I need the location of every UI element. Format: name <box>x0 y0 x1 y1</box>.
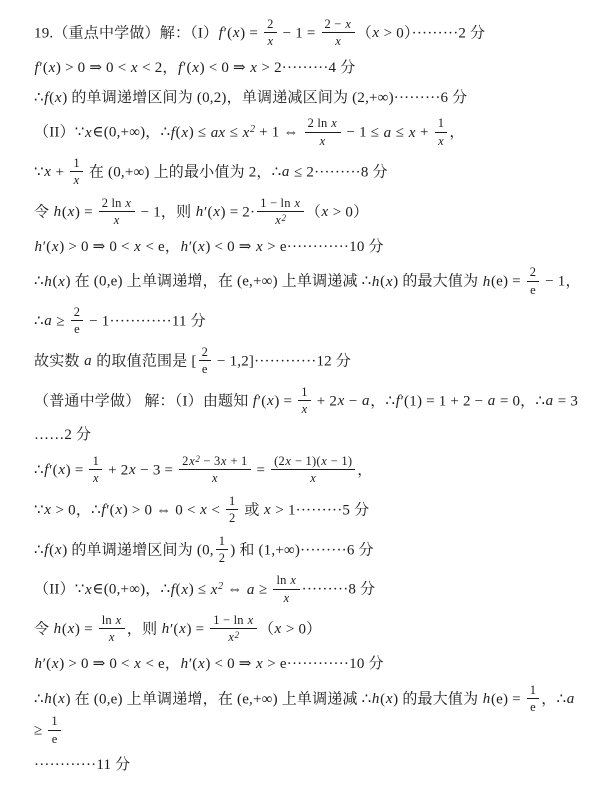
text-run: ( <box>52 691 57 707</box>
text-run: (e) = <box>491 274 525 290</box>
math-variable: h <box>371 691 380 707</box>
document-line: ∴f(x) 的单调递增区间为 (0,2)，单调递减区间为 (2,+∞)·····… <box>34 88 583 110</box>
math-variable: a <box>566 691 575 707</box>
fraction: 1 − ln xx2 <box>210 613 257 645</box>
fraction-denominator: x <box>264 33 277 48</box>
fraction-numerator: 2 ln x <box>99 196 135 212</box>
fraction-denominator: x <box>273 590 299 605</box>
text-run: ≤ <box>392 125 408 141</box>
math-variable: x <box>67 204 75 220</box>
text-run: ) = <box>274 393 296 409</box>
text-run: ) 的最大值为 <box>393 274 482 290</box>
fraction: ln xx <box>273 573 299 605</box>
fraction-denominator: x <box>99 629 125 644</box>
text-run: + 2 <box>104 462 128 478</box>
document-line: ∴h(x) 在 (0,e) 上单调递增，在 (e,+∞) 上单调递减 ∴h(x)… <box>34 266 583 298</box>
text-run: < 2， <box>138 60 177 76</box>
text-run: 1 <box>93 454 99 468</box>
fraction-denominator: x <box>322 33 355 48</box>
text-run: ∴ <box>34 90 44 106</box>
text-run: ) > 0 ⇒ 0 < <box>59 656 133 672</box>
text-run: ∴ <box>34 313 44 329</box>
text-run: ……2 分 <box>34 427 91 443</box>
text-run: < <box>207 502 224 518</box>
text-run: ≥ <box>34 723 46 739</box>
math-variable: x <box>58 274 66 290</box>
text-run: 19.（重点中学做）解：（I） <box>34 25 218 41</box>
math-variable: x <box>54 90 62 106</box>
text-run: > e············10 分 <box>263 656 383 672</box>
text-run: ∵ <box>34 502 44 518</box>
text-run: ( <box>52 274 57 290</box>
text-run: e <box>74 322 80 336</box>
fraction-denominator: x <box>89 470 102 485</box>
text-run: ) > 0 ⇔ 0 < <box>123 502 200 518</box>
text-run: (e) = <box>491 691 525 707</box>
text-run: （ <box>306 204 321 220</box>
fraction: 2 ln xx <box>99 196 135 228</box>
text-run: 1 − ln <box>213 613 247 627</box>
fraction-numerator: 2 − x <box>322 17 355 33</box>
text-run: ≤ <box>226 125 242 141</box>
superscript: 2 <box>195 454 200 464</box>
text-run: e <box>202 362 208 376</box>
fraction-denominator: 2 <box>216 550 228 565</box>
text-run: ) 的单调递增区间为 (0, <box>62 542 214 558</box>
math-variable: x <box>213 204 221 220</box>
superscript: 2 <box>282 213 287 223</box>
text-run: ∵ <box>34 164 44 180</box>
text-run: ) 和 (1,+∞)·········6 分 <box>230 542 374 558</box>
text-run: ′( <box>204 204 213 220</box>
text-run: 2 <box>530 265 536 279</box>
document-line: （II）∵x∈(0,+∞)，∴f(x) ≤ ax ≤ x2 + 1 ⇔ 2 ln… <box>34 117 583 149</box>
math-variable: a <box>246 582 255 598</box>
text-run: 2 ln <box>308 116 331 130</box>
text-run: < e， <box>142 656 181 672</box>
text-run: ) = <box>66 462 88 478</box>
math-variable: h <box>53 621 62 637</box>
fraction: (2x − 1)(x − 1)x <box>271 454 355 486</box>
fraction-numerator: 2 <box>264 17 277 33</box>
text-run: ， <box>357 462 372 478</box>
fraction: 12 <box>226 494 238 526</box>
text-run: ) > 0 ⇒ 0 < <box>56 60 130 76</box>
math-variable: x <box>44 164 52 180</box>
math-variable: x <box>134 656 142 672</box>
math-variable: x <box>337 393 345 409</box>
fraction-numerator: 1 <box>298 385 311 401</box>
text-run: 1 <box>301 385 307 399</box>
text-run: ′( <box>189 656 198 672</box>
math-variable: a <box>487 393 496 409</box>
math-variable: x <box>274 621 282 637</box>
math-variable: x <box>58 462 66 478</box>
math-variable: x <box>331 116 338 130</box>
math-variable: h <box>482 691 491 707</box>
text-run: < e， <box>142 239 181 255</box>
math-variable: x <box>181 582 189 598</box>
math-variable: ax <box>210 125 226 141</box>
fraction-denominator: x <box>99 212 135 227</box>
math-variable: x <box>92 471 99 485</box>
document-line: h′(x) > 0 ⇒ 0 < x < e，h′(x) < 0 ⇒ x > e·… <box>34 654 583 676</box>
math-variable: x <box>247 613 254 627</box>
math-variable: x <box>285 454 292 468</box>
fraction-denominator: x2 <box>257 212 304 227</box>
text-run: − 1,2]············12 分 <box>213 353 351 369</box>
document-line: 故实数 a 的取值范围是 [2e − 1,2]············12 分 <box>34 346 583 378</box>
fraction-denominator: e <box>48 731 60 746</box>
text-run: ) 在 (0,e) 上单调递增，在 (e,+∞) 上单调递减 ∴ <box>66 274 372 290</box>
text-run: − 1············11 分 <box>85 313 206 329</box>
document-line: ∴f(x) 的单调递增区间为 (0,12) 和 (1,+∞)·········6… <box>34 535 583 567</box>
math-variable: x <box>130 60 138 76</box>
text-run: ′( <box>170 621 179 637</box>
text-run: − 3 = <box>136 462 177 478</box>
document-line: ∵x > 0，∴f′(x) > 0 ⇔ 0 < x < 12 或 x > 1··… <box>34 495 583 527</box>
text-run: ln <box>276 573 289 587</box>
math-variable: x <box>408 125 416 141</box>
math-variable: x <box>283 591 290 605</box>
text-run: ) 在 (0,e) 上单调递增，在 (e,+∞) 上单调递减 ∴ <box>66 691 372 707</box>
document-line: ············11 分 <box>34 755 583 777</box>
math-variable: x <box>48 60 56 76</box>
math-variable: a <box>383 125 392 141</box>
fraction-denominator: e <box>527 282 539 297</box>
text-run: 2 <box>219 551 225 565</box>
math-variable: x <box>290 573 297 587</box>
fraction-numerator: 2 ln x <box>305 116 341 132</box>
fraction-denominator: x <box>305 133 341 148</box>
fraction-denominator: x <box>298 401 311 416</box>
text-run: （ <box>357 25 372 41</box>
text-run: ∈(0,+∞)，∴ <box>92 582 170 598</box>
text-run: 令 <box>34 204 53 220</box>
math-variable: x <box>228 630 235 644</box>
text-run: ′( <box>39 60 48 76</box>
text-run: ′( <box>106 502 115 518</box>
math-variable: x <box>301 402 308 416</box>
math-variable: x <box>242 125 250 141</box>
text-run: ∴ <box>34 274 44 290</box>
fraction: 1e <box>48 714 60 746</box>
text-run: ∴ <box>34 691 44 707</box>
fraction: 1x <box>70 156 83 188</box>
math-variable: h <box>180 239 189 255</box>
math-variable: h <box>482 274 491 290</box>
math-variable: x <box>321 204 329 220</box>
text-run: + <box>52 164 69 180</box>
math-variable: h <box>161 621 170 637</box>
text-run: （ <box>259 621 274 637</box>
math-variable: x <box>181 125 189 141</box>
text-run: ≤ 2·········8 分 <box>290 164 388 180</box>
text-run: ) > 0 ⇒ 0 < <box>59 239 133 255</box>
math-variable: h <box>53 204 62 220</box>
math-variable: x <box>113 213 120 227</box>
text-run: 令 <box>34 621 53 637</box>
text-run: ，则 <box>127 621 161 637</box>
text-run: ′( <box>49 462 58 478</box>
fraction: 2 ln xx <box>305 116 341 148</box>
document-line: ∴h(x) 在 (0,e) 上单调递增，在 (e,+∞) 上单调递减 ∴h(x)… <box>34 684 583 748</box>
text-run: − 1 ≤ <box>343 125 384 141</box>
math-variable: x <box>385 691 393 707</box>
text-run: ，∴ <box>541 691 566 707</box>
math-variable: x <box>44 502 52 518</box>
text-run: 故实数 <box>34 353 84 369</box>
math-variable: x <box>134 239 142 255</box>
text-run: + <box>416 125 433 141</box>
text-run: 1 − ln <box>260 196 294 210</box>
text-run: 2 <box>74 305 80 319</box>
math-variable: x <box>232 25 240 41</box>
text-run: − 3 <box>200 454 220 468</box>
text-run: ) ≤ <box>189 125 211 141</box>
math-variable: x <box>179 621 187 637</box>
math-variable: x <box>294 196 301 210</box>
text-run: e <box>530 283 536 297</box>
text-run: ∴ <box>34 462 44 478</box>
text-run: ) 的最大值为 <box>393 691 482 707</box>
fraction-denominator: e <box>527 699 539 714</box>
document-line: ∴a ≥ 2e − 1············11 分 <box>34 306 583 338</box>
text-run: ············11 分 <box>34 757 130 773</box>
math-variable: x <box>54 542 62 558</box>
text-run: 2 <box>229 511 235 525</box>
math-variable: a <box>545 393 554 409</box>
fraction-numerator: 1 <box>216 534 228 550</box>
math-variable: h <box>34 239 43 255</box>
text-run: ′( <box>189 239 198 255</box>
math-variable: x <box>125 196 132 210</box>
fraction-numerator: 1 <box>48 714 60 730</box>
math-variable: x <box>335 34 342 48</box>
text-run: > 0，∴ <box>52 502 101 518</box>
text-run: ln <box>102 613 115 627</box>
math-variable: h <box>180 656 189 672</box>
text-run: 1 <box>530 683 536 697</box>
fraction-numerator: 2 <box>527 265 539 281</box>
fraction-denominator: x2 <box>210 629 257 644</box>
fraction: 1x <box>89 454 102 486</box>
fraction: 2e <box>199 345 211 377</box>
document-body: 19.（重点中学做）解：（I）f′(x) = 2x − 1 = 2 − xx（x… <box>34 18 583 777</box>
text-run: 1 <box>73 156 79 170</box>
math-variable: a <box>84 353 93 369</box>
text-run: ) = <box>75 204 97 220</box>
fraction-numerator: 2 <box>71 305 83 321</box>
math-variable: x <box>310 471 317 485</box>
fraction-denominator: x <box>179 470 250 485</box>
text-run: ) 的单调递增区间为 (0,2)，单调递减区间为 (2,+∞)·········… <box>62 90 467 106</box>
text-run: 2 − <box>325 17 345 31</box>
text-run: = 0，∴ <box>496 393 545 409</box>
math-variable: x <box>385 274 393 290</box>
math-variable: x <box>67 621 75 637</box>
document-line: ∵x + 1x 在 (0,+∞) 上的最小值为 2，∴a ≤ 2········… <box>34 157 583 189</box>
superscript: 2 <box>235 630 240 640</box>
fraction: 2x2 − 3x + 1x <box>179 454 250 486</box>
document-line: 令 h(x) = 2 ln xx − 1，则 h′(x) = 2·1 − ln … <box>34 197 583 229</box>
math-variable: x <box>211 471 218 485</box>
fraction-numerator: 2 <box>199 345 211 361</box>
text-run: 1 <box>229 494 235 508</box>
fraction: 1e <box>527 683 539 715</box>
text-run: = <box>253 462 270 478</box>
document-line: ……2 分 <box>34 425 583 447</box>
math-variable: x <box>115 502 123 518</box>
text-run: > 0）·········2 分 <box>380 25 486 41</box>
document-line: f′(x) > 0 ⇒ 0 < x < 2，f′(x) < 0 ⇒ x > 2·… <box>34 58 583 80</box>
text-run: = 3 <box>554 393 578 409</box>
fraction-numerator: 1 <box>226 494 238 510</box>
text-run: ≥ <box>52 313 68 329</box>
document-line: 19.（重点中学做）解：（I）f′(x) = 2x − 1 = 2 − xx（x… <box>34 18 583 50</box>
text-run: ) = <box>240 25 262 41</box>
text-run: ) = <box>75 621 97 637</box>
math-variable: x <box>73 173 80 187</box>
fraction-denominator: 2 <box>226 510 238 525</box>
text-run: ′( <box>224 25 233 41</box>
text-run: − <box>345 393 362 409</box>
text-run: e <box>530 700 536 714</box>
fraction-numerator: ln x <box>99 613 125 629</box>
text-run: ) < 0 ⇒ <box>205 239 255 255</box>
document-line: ∴f′(x) = 1x + 2x − 3 = 2x2 − 3x + 1x = (… <box>34 455 583 487</box>
text-run: ≥ <box>255 582 271 598</box>
math-variable: a <box>362 393 371 409</box>
text-run: ·········8 分 <box>302 582 376 598</box>
document-line: 令 h(x) = ln xx，则 h′(x) = 1 − ln xx2（x > … <box>34 614 583 646</box>
math-variable: x <box>58 691 66 707</box>
fraction: ln xx <box>99 613 125 645</box>
document-line: （II）∵x∈(0,+∞)，∴f(x) ≤ x2 ⇔ a ≥ ln xx····… <box>34 574 583 606</box>
text-run: （普通中学做） 解：（I）由题知 <box>34 393 252 409</box>
text-run: 2 ln <box>102 196 125 210</box>
fraction: 1 − ln xx2 <box>257 196 304 228</box>
fraction-numerator: 1 − ln x <box>210 613 257 629</box>
text-run: (2 <box>274 454 285 468</box>
math-variable: x <box>438 134 445 148</box>
math-variable: x <box>345 17 352 31</box>
math-variable: x <box>267 34 274 48</box>
text-run: > e············10 分 <box>263 239 383 255</box>
fraction: 2e <box>71 305 83 337</box>
fraction: 1x <box>298 385 311 417</box>
math-variable: x <box>250 60 258 76</box>
text-run: ) ≤ <box>189 582 211 598</box>
text-run: + 2 <box>313 393 337 409</box>
fraction-denominator: e <box>199 361 211 376</box>
text-run: ⇔ <box>223 582 246 598</box>
fraction: 2e <box>527 265 539 297</box>
superscript: 2 <box>250 124 255 135</box>
text-run: − 1) <box>327 454 352 468</box>
text-run: 2 <box>267 17 273 31</box>
math-variable: x <box>115 613 122 627</box>
fraction-numerator: 1 <box>527 683 539 699</box>
text-run: ，∴ <box>370 393 395 409</box>
text-run: ∴ <box>34 542 44 558</box>
text-run: （II）∵ <box>34 125 85 141</box>
text-run: − 1，则 <box>137 204 196 220</box>
text-run: ) < 0 ⇒ <box>205 656 255 672</box>
fraction: 1x <box>435 116 448 148</box>
fraction-denominator: e <box>71 321 83 336</box>
fraction-numerator: 1 <box>89 454 102 470</box>
fraction-numerator: 1 − ln x <box>257 196 304 212</box>
text-run: 的取值范围是 [ <box>92 353 196 369</box>
text-run: 在 (0,+∞) 上的最小值为 2，∴ <box>85 164 281 180</box>
text-run: 1 <box>51 714 57 728</box>
text-run: > 1·········5 分 <box>271 502 369 518</box>
fraction: 2 − xx <box>322 17 355 49</box>
text-run: + 1 <box>227 454 247 468</box>
fraction-denominator: x <box>435 133 448 148</box>
fraction: 12 <box>216 534 228 566</box>
solution-document: 19.（重点中学做）解：（I）f′(x) = 2x − 1 = 2 − xx（x… <box>0 0 597 793</box>
fraction-numerator: 1 <box>70 156 83 172</box>
text-run: 2 <box>202 345 208 359</box>
math-variable: x <box>319 134 326 148</box>
fraction: 2x <box>264 17 277 49</box>
superscript: 2 <box>218 581 223 592</box>
text-run: ) = 2· <box>221 204 256 220</box>
text-run: ， <box>449 125 464 141</box>
math-variable: a <box>281 164 290 180</box>
math-variable: x <box>275 213 282 227</box>
text-run: 1 <box>219 534 225 548</box>
text-run: e <box>52 732 58 746</box>
math-variable: x <box>210 582 218 598</box>
math-variable: h <box>371 274 380 290</box>
fraction-numerator: ln x <box>273 573 299 589</box>
text-run: （II）∵ <box>34 582 85 598</box>
math-variable: h <box>195 204 204 220</box>
text-run: ) = <box>187 621 209 637</box>
text-run: + 1 ⇔ <box>255 125 302 141</box>
fraction-numerator: 1 <box>435 116 448 132</box>
text-run: − 1)( <box>292 454 321 468</box>
document-line: h′(x) > 0 ⇒ 0 < x < e，h′(x) < 0 ⇒ x > e·… <box>34 237 583 259</box>
fraction-denominator: x <box>271 470 355 485</box>
text-run: > 0） <box>282 621 321 637</box>
text-run: ) < 0 ⇒ <box>200 60 250 76</box>
fraction-denominator: x <box>70 172 83 187</box>
fraction-numerator: 2x2 − 3x + 1 <box>179 454 250 470</box>
text-run: 或 <box>240 502 263 518</box>
fraction-numerator: (2x − 1)(x − 1) <box>271 454 355 470</box>
text-run: − 1， <box>541 274 580 290</box>
text-run: − 1 = <box>279 25 320 41</box>
math-variable: h <box>34 656 43 672</box>
text-run: 1 <box>438 116 444 130</box>
text-run: > 0） <box>329 204 368 220</box>
document-line: （普通中学做） 解：（I）由题知 f′(x) = 1x + 2x − a，∴f′… <box>34 386 583 418</box>
text-run: ′(1) = 1 + 2 − <box>401 393 488 409</box>
text-run: 2 <box>182 454 188 468</box>
math-variable: x <box>372 25 380 41</box>
math-variable: x <box>192 60 200 76</box>
math-variable: x <box>108 630 115 644</box>
text-run: > 2·········4 分 <box>258 60 356 76</box>
text-run: ∈(0,+∞)，∴ <box>92 125 170 141</box>
text-run: ′( <box>183 60 192 76</box>
